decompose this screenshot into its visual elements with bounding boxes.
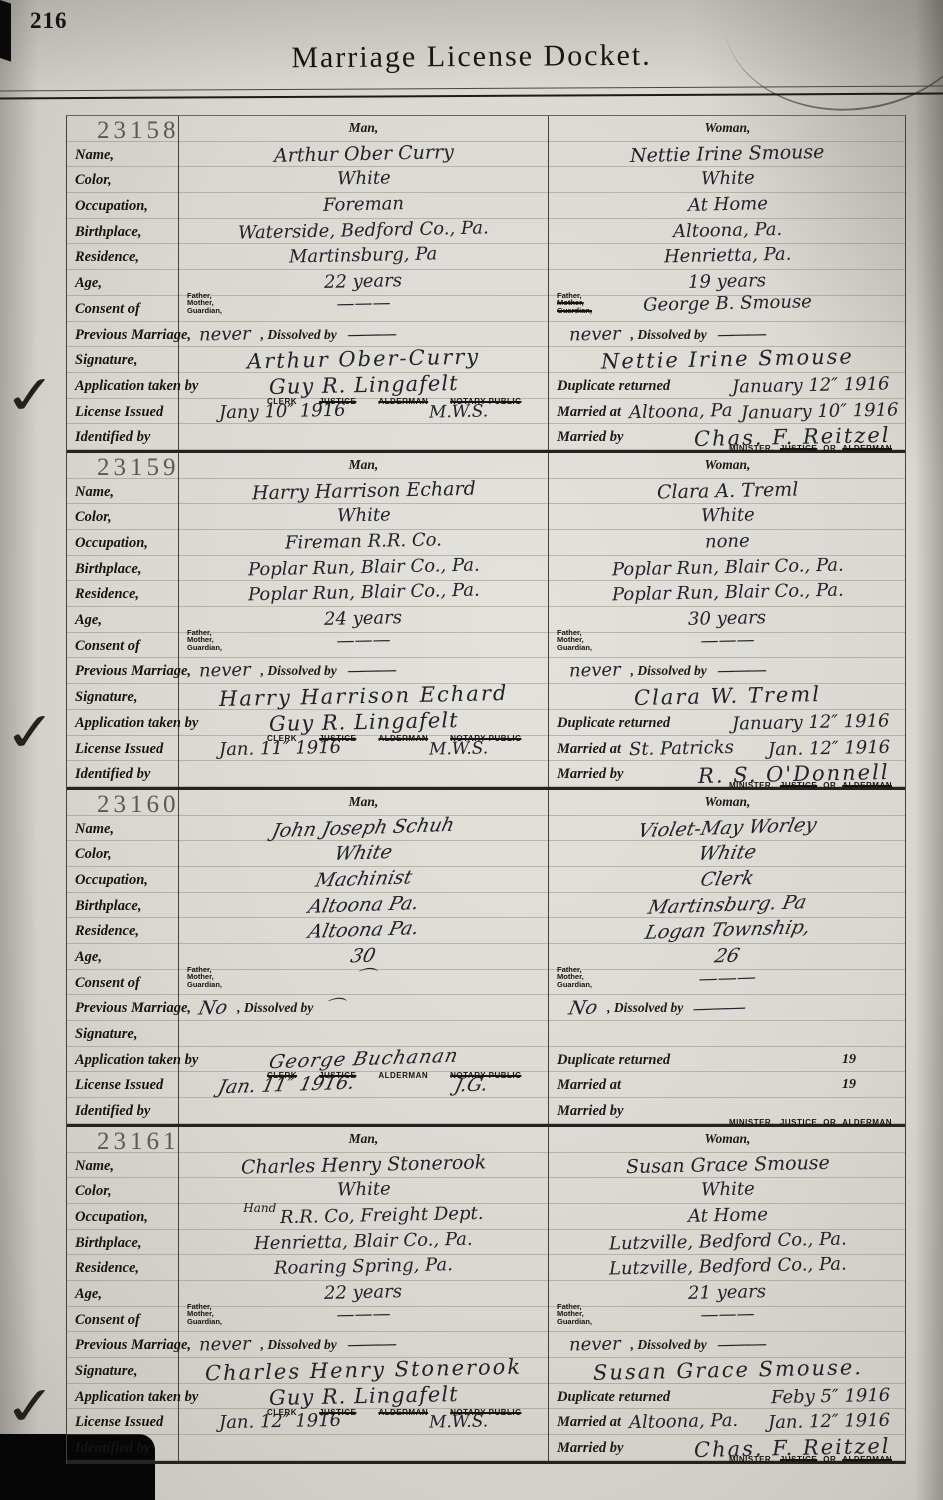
residence-row: Residence, Martinsburg, Pa Henrietta, Pa… (67, 244, 905, 270)
checkmark-icon: ✓ (0, 705, 61, 761)
notary-public-option: NOTARY PUBLIC (450, 397, 521, 406)
residence-label: Residence, (75, 586, 139, 602)
woman-occupation: Clerk (698, 866, 756, 892)
alderman-option: ALDERMAN (842, 1118, 892, 1127)
birthplace-row: Birthplace, Henrietta, Blair Co., Pa. Lu… (67, 1230, 905, 1256)
consent-label: Consent of (75, 975, 140, 991)
consent-label: Consent of (75, 301, 140, 317)
man-previous-marriage: never (199, 659, 251, 684)
man-residence: Martinsburg, Pa (289, 243, 438, 270)
name-row: Name, John Joseph Schuh Violet-May Worle… (67, 816, 905, 842)
signature-row: Signature, Harry Harrison Echard Clara W… (67, 684, 905, 710)
birthplace-row: Birthplace, Poplar Run, Blair Co., Pa. P… (67, 556, 905, 582)
married-date: January 10″ 1916 (740, 398, 898, 425)
color-row: Color, White White (67, 167, 905, 193)
entries: ✓ 23158 Man, Woman, Name, Arthur Ober Cu… (66, 115, 906, 1464)
woman-residence: Henrietta, Pa. (664, 243, 792, 270)
justice-option: JUSTICE (780, 1455, 817, 1464)
identified-by-label: Identified by (75, 429, 150, 445)
woman-previous-marriage: never (569, 322, 621, 347)
residence-label: Residence, (75, 249, 139, 265)
woman-signature: Nettie Irine Smouse (601, 345, 854, 374)
officiant-stamp-options: MINISTER, JUSTICE OR ALDERMAN (729, 1118, 892, 1127)
married-by-label: Married by (549, 761, 623, 787)
consent-row: Consent of Father, Mother, Guardian, ———… (67, 1307, 905, 1333)
woman-color: White (700, 167, 754, 192)
minister-option: MINISTER, (729, 1455, 774, 1464)
consent-row: Consent of Father, Mother, Guardian, ———… (67, 633, 905, 659)
previous-marriage-label: Previous Marriage, (75, 1337, 191, 1353)
application-row: Application taken by Guy R. Lingafelt CL… (67, 1384, 905, 1410)
man-color: White (332, 840, 394, 866)
previous-marriage-label: Previous Marriage, (75, 663, 191, 679)
woman-name: Susan Grace Smouse (625, 1150, 829, 1178)
woman-column-header: Woman, (549, 790, 906, 814)
woman-previous-marriage: No (566, 996, 599, 1021)
name-row: Name, Arthur Ober Curry Nettie Irine Smo… (67, 142, 905, 168)
age-label: Age, (75, 612, 102, 628)
married-by-label: Married by (549, 1098, 623, 1124)
woman-dissolved-by: ——— (717, 1333, 765, 1358)
or-label: OR (823, 1118, 836, 1127)
identified-by-row: Identified by Married by R. S. O'Donnell… (67, 761, 905, 787)
or-label: OR (823, 781, 836, 790)
page-title: Marriage License Docket. (0, 37, 943, 78)
alderman-option: ALDERMAN (378, 734, 428, 743)
man-color: White (336, 1178, 390, 1203)
color-label: Color, (75, 172, 112, 188)
married-at-label: Married at (549, 399, 621, 425)
residence-label: Residence, (75, 1260, 139, 1276)
checkmark-icon: ✓ (0, 1379, 61, 1435)
signature-row: Signature, Arthur Ober-Curry Nettie Irin… (67, 347, 905, 373)
previous-marriage-row: Previous Marriage, never , Dissolved by … (67, 658, 905, 684)
married-at-label: Married at (549, 1409, 621, 1435)
minister-option: MINISTER, (729, 1118, 774, 1127)
man-signature: Arthur Ober-Curry (247, 345, 481, 374)
notary-public-option: NOTARY PUBLIC (450, 1071, 521, 1080)
previous-marriage-row: Previous Marriage, never , Dissolved by … (67, 1332, 905, 1358)
application-taken-by-signature: Guy R. Lingafelt (269, 708, 459, 736)
application-row: Application taken by Guy R. Lingafelt CL… (67, 710, 905, 736)
man-dissolved-by: ——— (347, 322, 395, 347)
signature-label: Signature, (75, 1026, 137, 1042)
alderman-option: ALDERMAN (378, 1071, 428, 1080)
woman-birthplace: Poplar Run, Blair Co., Pa. (611, 553, 843, 582)
birthplace-row: Birthplace, Waterside, Bedford Co., Pa. … (67, 219, 905, 245)
man-dissolved-by: ——— (347, 659, 395, 684)
identified-by-label: Identified by (75, 1103, 150, 1119)
signature-label: Signature, (75, 689, 137, 705)
age-label: Age, (75, 949, 102, 965)
consent-label: Consent of (75, 1312, 140, 1328)
notary-public-option: NOTARY PUBLIC (450, 1408, 521, 1417)
docket-entry: ✓ 23160 Man, Woman, Name, John Joseph Sc… (67, 790, 905, 1127)
man-residence: Roaring Spring, Pa. (274, 1253, 453, 1281)
justice-option: JUSTICE (319, 734, 356, 743)
man-name: Arthur Ober Curry (273, 140, 453, 168)
minister-option: MINISTER, (729, 781, 774, 790)
man-signature: Harry Harrison Echard (219, 681, 509, 711)
man-color: White (336, 167, 390, 192)
woman-color: White (700, 504, 754, 529)
woman-dissolved-by: ——— (690, 995, 747, 1021)
man-color: White (336, 504, 390, 529)
identified-by-label: Identified by (75, 766, 150, 782)
justice-option: JUSTICE (319, 397, 356, 406)
printed-year: 19 (842, 1052, 856, 1068)
application-taken-by-signature: George Buchanan (266, 1043, 460, 1074)
man-occupation: Machinist (313, 865, 414, 892)
previous-marriage-row: Previous Marriage, never , Dissolved by … (67, 322, 905, 348)
dissolved-by-label: , Dissolved by (631, 327, 707, 343)
man-column-header: Man, (179, 116, 548, 140)
dissolved-by-label: , Dissolved by (631, 1337, 707, 1353)
man-birthplace: Poplar Run, Blair Co., Pa. (247, 553, 479, 582)
color-row: Color, White White (67, 841, 905, 867)
birthplace-label: Birthplace, (75, 561, 141, 577)
justice-option: JUSTICE (780, 781, 817, 790)
woman-column-header: Woman, (549, 116, 906, 140)
residence-row: Residence, Poplar Run, Blair Co., Pa. Po… (67, 581, 905, 607)
woman-color: White (700, 1178, 754, 1203)
woman-residence: Logan Township, (643, 915, 813, 945)
license-issued-label: License Issued (75, 404, 163, 420)
man-residence: Altoona Pa. (306, 916, 421, 944)
signature-label: Signature, (75, 352, 137, 368)
signature-row: Signature, Charles Henry Stonerook Susan… (67, 1358, 905, 1384)
color-row: Color, White White (67, 504, 905, 530)
name-label: Name, (75, 484, 114, 500)
man-previous-marriage: never (199, 322, 251, 347)
entry-header-row: 23160 Man, Woman, (67, 790, 905, 816)
docket-entry: ✓ 23159 Man, Woman, Name, Harry Harrison… (67, 453, 905, 790)
name-label: Name, (75, 821, 114, 837)
application-taken-by-signature: Guy R. Lingafelt (269, 371, 459, 399)
married-at-place: St. Patricks (629, 735, 734, 761)
alderman-option: ALDERMAN (842, 444, 892, 453)
woman-signature: Susan Grace Smouse. (592, 1355, 862, 1385)
man-previous-marriage: never (199, 1333, 251, 1358)
occupation-label: Occupation, (75, 1209, 148, 1225)
dissolved-by-label: , Dissolved by (261, 663, 337, 679)
entry-header-row: 23158 Man, Woman, (67, 116, 905, 142)
docket-entry: ✓ 23158 Man, Woman, Name, Arthur Ober Cu… (67, 116, 905, 453)
notary-public-option: NOTARY PUBLIC (450, 734, 521, 743)
age-label: Age, (75, 1286, 102, 1302)
woman-column-header: Woman, (549, 453, 906, 477)
man-age: 30 (349, 944, 379, 969)
duplicate-returned-date: January 12″ 1916 (732, 372, 890, 399)
page-number: 216 (30, 8, 68, 34)
married-by-label: Married by (549, 1435, 623, 1461)
previous-marriage-row: Previous Marriage, No , Dissolved by ⌒ N… (67, 995, 905, 1021)
alderman-option: ALDERMAN (378, 397, 428, 406)
or-label: OR (823, 444, 836, 453)
woman-residence: Poplar Run, Blair Co., Pa. (611, 579, 843, 608)
color-label: Color, (75, 509, 112, 525)
entry-number: 23159 (75, 454, 180, 481)
license-issued-label: License Issued (75, 741, 163, 757)
occupation-label: Occupation, (75, 535, 148, 551)
married-date: Jan. 12″ 1916 (768, 1409, 891, 1436)
married-date: Jan. 12″ 1916 (768, 735, 891, 762)
alderman-option: ALDERMAN (378, 1408, 428, 1417)
woman-name: Clara A. Treml (657, 477, 799, 504)
woman-birthplace: Altoona, Pa. (673, 218, 783, 244)
minister-option: MINISTER, (729, 444, 774, 453)
dissolved-by-label: , Dissolved by (261, 327, 337, 343)
color-row: Color, White White (67, 1178, 905, 1204)
married-at-label: Married at (549, 1072, 621, 1098)
checkmark-icon: ✓ (0, 368, 61, 424)
dissolved-by-label: , Dissolved by (631, 663, 707, 679)
duplicate-returned-label: Duplicate returned (549, 373, 670, 399)
identified-by-row: Identified by Married by Chas. F. Reitze… (67, 424, 905, 450)
occupation-label: Occupation, (75, 198, 148, 214)
dissolved-by-label: , Dissolved by (261, 1337, 337, 1353)
man-dissolved-by: ——— (347, 1333, 395, 1358)
officiant-stamp-options: MINISTER, JUSTICE OR ALDERMAN (729, 1455, 892, 1464)
docket-entry: ✓ 23161 Man, Woman, Name, Charles Henry … (67, 1127, 905, 1464)
name-row: Name, Harry Harrison Echard Clara A. Tre… (67, 479, 905, 505)
man-column-header: Man, (179, 790, 548, 814)
woman-name: Violet-May Worley (636, 812, 819, 842)
birthplace-row: Birthplace, Altoona Pa. Martinsburg. Pa (67, 893, 905, 919)
previous-marriage-label: Previous Marriage, (75, 327, 191, 343)
consent-label: Consent of (75, 638, 140, 654)
printed-year: 19 (842, 1077, 856, 1093)
woman-residence: Lutzville, Bedford Co., Pa. (608, 1253, 846, 1282)
consent-row: Consent of Father, Mother, Guardian, ———… (67, 296, 905, 322)
entry-header-row: 23159 Man, Woman, (67, 453, 905, 479)
color-label: Color, (75, 1183, 112, 1199)
woman-dissolved-by: ——— (717, 659, 765, 684)
application-row: Application taken by Guy R. Lingafelt CL… (67, 373, 905, 399)
entry-number: 23158 (75, 117, 180, 144)
license-issued-label: License Issued (75, 1414, 163, 1430)
consent-row: Consent of Father, Mother, Guardian, ⌒ F… (67, 970, 905, 996)
woman-age: 26 (713, 944, 743, 969)
man-signature: Charles Henry Stonerook (205, 1355, 522, 1386)
duplicate-returned-label: Duplicate returned (549, 1384, 670, 1410)
man-occupation: R.R. Co, Freight Dept. (280, 1202, 484, 1230)
birthplace-label: Birthplace, (75, 1235, 141, 1251)
man-column-header: Man, (179, 1127, 548, 1151)
duplicate-returned-date: January 12″ 1916 (732, 709, 890, 736)
married-at-label: Married at (549, 736, 621, 762)
officiant-stamp-options: MINISTER, JUSTICE OR ALDERMAN (729, 444, 892, 453)
application-row: Application taken by George Buchanan CLE… (67, 1047, 905, 1073)
birthplace-label: Birthplace, (75, 224, 141, 240)
man-occupation: Fireman R.R. Co. (285, 528, 442, 555)
woman-signature: Clara W. Treml (634, 682, 821, 710)
woman-occupation: At Home (687, 192, 767, 218)
man-birthplace: Altoona Pa. (306, 891, 421, 919)
identified-by-row: Identified by Married by Chas. F. Reitze… (67, 1435, 905, 1461)
justice-option: JUSTICE (780, 444, 817, 453)
man-birthplace: Henrietta, Blair Co., Pa. (254, 1227, 473, 1256)
entry-number: 23161 (75, 1128, 180, 1155)
birthplace-label: Birthplace, (75, 898, 141, 914)
residence-row: Residence, Roaring Spring, Pa. Lutzville… (67, 1255, 905, 1281)
occupation-row: Occupation, Fireman R.R. Co. none (67, 530, 905, 556)
man-name: Charles Henry Stonerook (241, 1150, 487, 1179)
alderman-option: ALDERMAN (842, 1455, 892, 1464)
man-residence: Poplar Run, Blair Co., Pa. (247, 579, 479, 608)
duplicate-returned-label: Duplicate returned (549, 1047, 670, 1073)
occupation-row: Occupation, Foreman At Home (67, 193, 905, 219)
alderman-option: ALDERMAN (842, 781, 892, 790)
previous-marriage-label: Previous Marriage, (75, 1000, 191, 1016)
woman-dissolved-by: ——— (717, 322, 765, 347)
name-label: Name, (75, 1158, 114, 1174)
married-by-label: Married by (549, 424, 623, 450)
duplicate-returned-label: Duplicate returned (549, 710, 670, 736)
married-at-place: Altoona, Pa (629, 398, 733, 424)
entry-header-row: 23161 Man, Woman, (67, 1127, 905, 1153)
signature-row: Signature, (67, 1021, 905, 1047)
age-label: Age, (75, 275, 102, 291)
man-birthplace: Waterside, Bedford Co., Pa. (238, 216, 489, 245)
dissolved-by-label: , Dissolved by (237, 1000, 313, 1016)
duplicate-returned-date: Feby 5″ 1916 (770, 1383, 890, 1409)
signature-label: Signature, (75, 1363, 137, 1379)
woman-birthplace: Lutzville, Bedford Co., Pa. (608, 1227, 846, 1256)
woman-occupation: none (705, 530, 750, 555)
name-label: Name, (75, 147, 114, 163)
man-occupation-inserted-note: Hand (243, 1201, 276, 1215)
man-column-header: Man, (179, 453, 548, 477)
man-previous-marriage: No (196, 996, 229, 1021)
married-at-place: Altoona, Pa. (629, 1409, 739, 1435)
justice-option: JUSTICE (780, 1118, 817, 1127)
man-name: John Joseph Schuh (270, 812, 457, 842)
woman-previous-marriage: never (569, 659, 621, 684)
scanned-ledger-page: 216 Marriage License Docket. ✓ 23158 Man… (0, 0, 943, 1500)
occupation-row: Occupation, Machinist Clerk (67, 867, 905, 893)
name-row: Name, Charles Henry Stonerook Susan Grac… (67, 1153, 905, 1179)
application-taken-by-signature: Guy R. Lingafelt (269, 1382, 459, 1410)
dissolved-by-label: , Dissolved by (607, 1000, 683, 1016)
occupation-label: Occupation, (75, 872, 148, 888)
man-occupation: Foreman (323, 192, 404, 218)
woman-name: Nettie Irine Smouse (630, 140, 825, 168)
woman-birthplace: Martinsburg. Pa (646, 890, 809, 919)
woman-previous-marriage: never (569, 1333, 621, 1358)
or-label: OR (823, 1455, 836, 1464)
man-dissolved-by: ⌒ (321, 996, 343, 1021)
entry-number: 23160 (75, 791, 180, 818)
occupation-row: Occupation, Hand R.R. Co, Freight Dept. … (67, 1204, 905, 1230)
justice-option: JUSTICE (319, 1408, 356, 1417)
color-label: Color, (75, 846, 112, 862)
woman-column-header: Woman, (549, 1127, 906, 1151)
man-name: Harry Harrison Echard (251, 476, 475, 505)
identified-by-row: Identified by Married by MINISTER, JUSTI… (67, 1098, 905, 1124)
woman-occupation: At Home (687, 1203, 767, 1229)
identified-by-label: Identified by (75, 1440, 150, 1456)
officiant-stamp-options: MINISTER, JUSTICE OR ALDERMAN (729, 781, 892, 790)
residence-label: Residence, (75, 923, 139, 939)
woman-color: White (696, 840, 758, 866)
license-issued-label: License Issued (75, 1077, 163, 1093)
residence-row: Residence, Altoona Pa. Logan Township, (67, 918, 905, 944)
